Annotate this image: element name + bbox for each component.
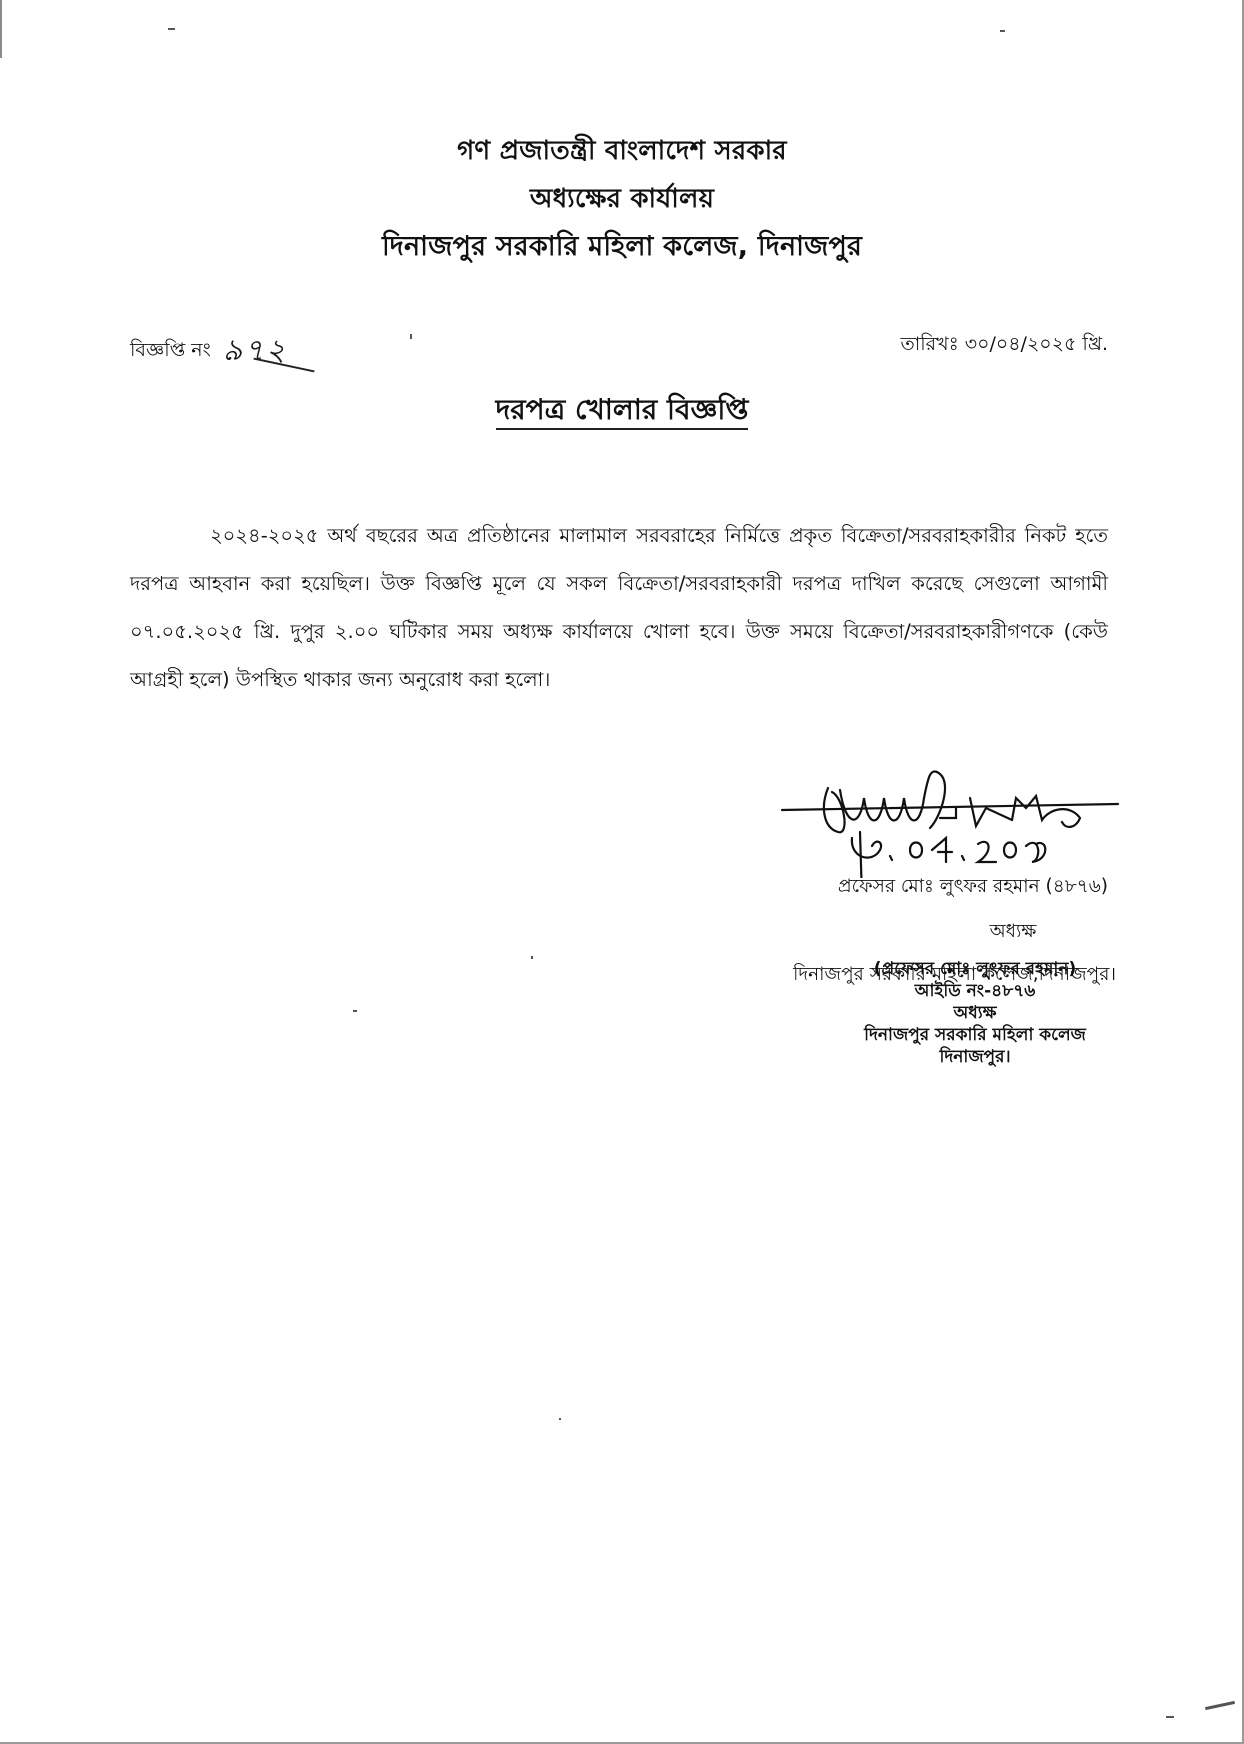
seal-institution-line1: দিনাজপুর সরকারি মহিলা কলেজ — [860, 1024, 1090, 1046]
scan-speck — [1166, 1716, 1174, 1718]
scan-speck — [168, 28, 175, 30]
scan-speck — [1000, 30, 1005, 32]
seal-title: অধ্যক্ষ — [860, 1002, 1090, 1024]
date-value: ৩০/০৪/২০২৫ খ্রি. — [965, 333, 1108, 355]
subject-heading: দরপত্র খোলার বিজ্ঞপ্তি — [496, 393, 749, 430]
notice-subject: দরপত্র খোলার বিজ্ঞপ্তি — [0, 388, 1244, 435]
seal-institution-line2: দিনাজপুর। — [860, 1046, 1090, 1068]
notice-number-label: বিজ্ঞপ্তি নং — [130, 336, 211, 368]
scan-speck — [353, 1010, 357, 1012]
scan-speck — [559, 1418, 561, 1420]
scan-edge-left — [0, 0, 2, 58]
notice-number: বিজ্ঞপ্তি নং ৯৭২ — [130, 326, 287, 377]
official-seal-stamp: (প্রফেসর মোঃ লুৎফর রহমান) আইডি নং-৪৮৭৬ অ… — [860, 958, 1090, 1068]
date-label: তারিখঃ — [900, 333, 958, 355]
notice-number-value: ৯৭২ — [223, 326, 287, 377]
scan-speck — [1205, 1701, 1235, 1710]
scan-speck — [531, 956, 533, 959]
handwritten-signature — [780, 768, 1120, 878]
scan-speck — [410, 334, 412, 339]
seal-id: আইডি নং-৪৮৭৬ — [860, 980, 1090, 1002]
signatory-title: অধ্যক্ষ — [910, 917, 1116, 948]
signatory-name: প্রফেসর মোঃ লুৎফর রহমান (৪৮৭৬) — [760, 872, 1108, 903]
government-title: গণ প্রজাতন্ত্রী বাংলাদেশ সরকার — [0, 138, 1244, 164]
signature-icon — [780, 768, 1120, 878]
institution-title: দিনাজপুর সরকারি মহিলা কলেজ, দিনাজপুর — [0, 234, 1244, 260]
notice-body: ২০২৪-২০২৫ অর্থ বছরের অত্র প্রতিষ্ঠানের ম… — [130, 512, 1108, 704]
notice-date: তারিখঃ ৩০/০৪/২০২৫ খ্রি. — [900, 330, 1108, 362]
letterhead: গণ প্রজাতন্ত্রী বাংলাদেশ সরকার অধ্যক্ষের… — [0, 138, 1244, 282]
seal-name: (প্রফেসর মোঃ লুৎফর রহমান) — [860, 958, 1090, 980]
office-title: অধ্যক্ষের কার্যালয় — [0, 186, 1244, 212]
